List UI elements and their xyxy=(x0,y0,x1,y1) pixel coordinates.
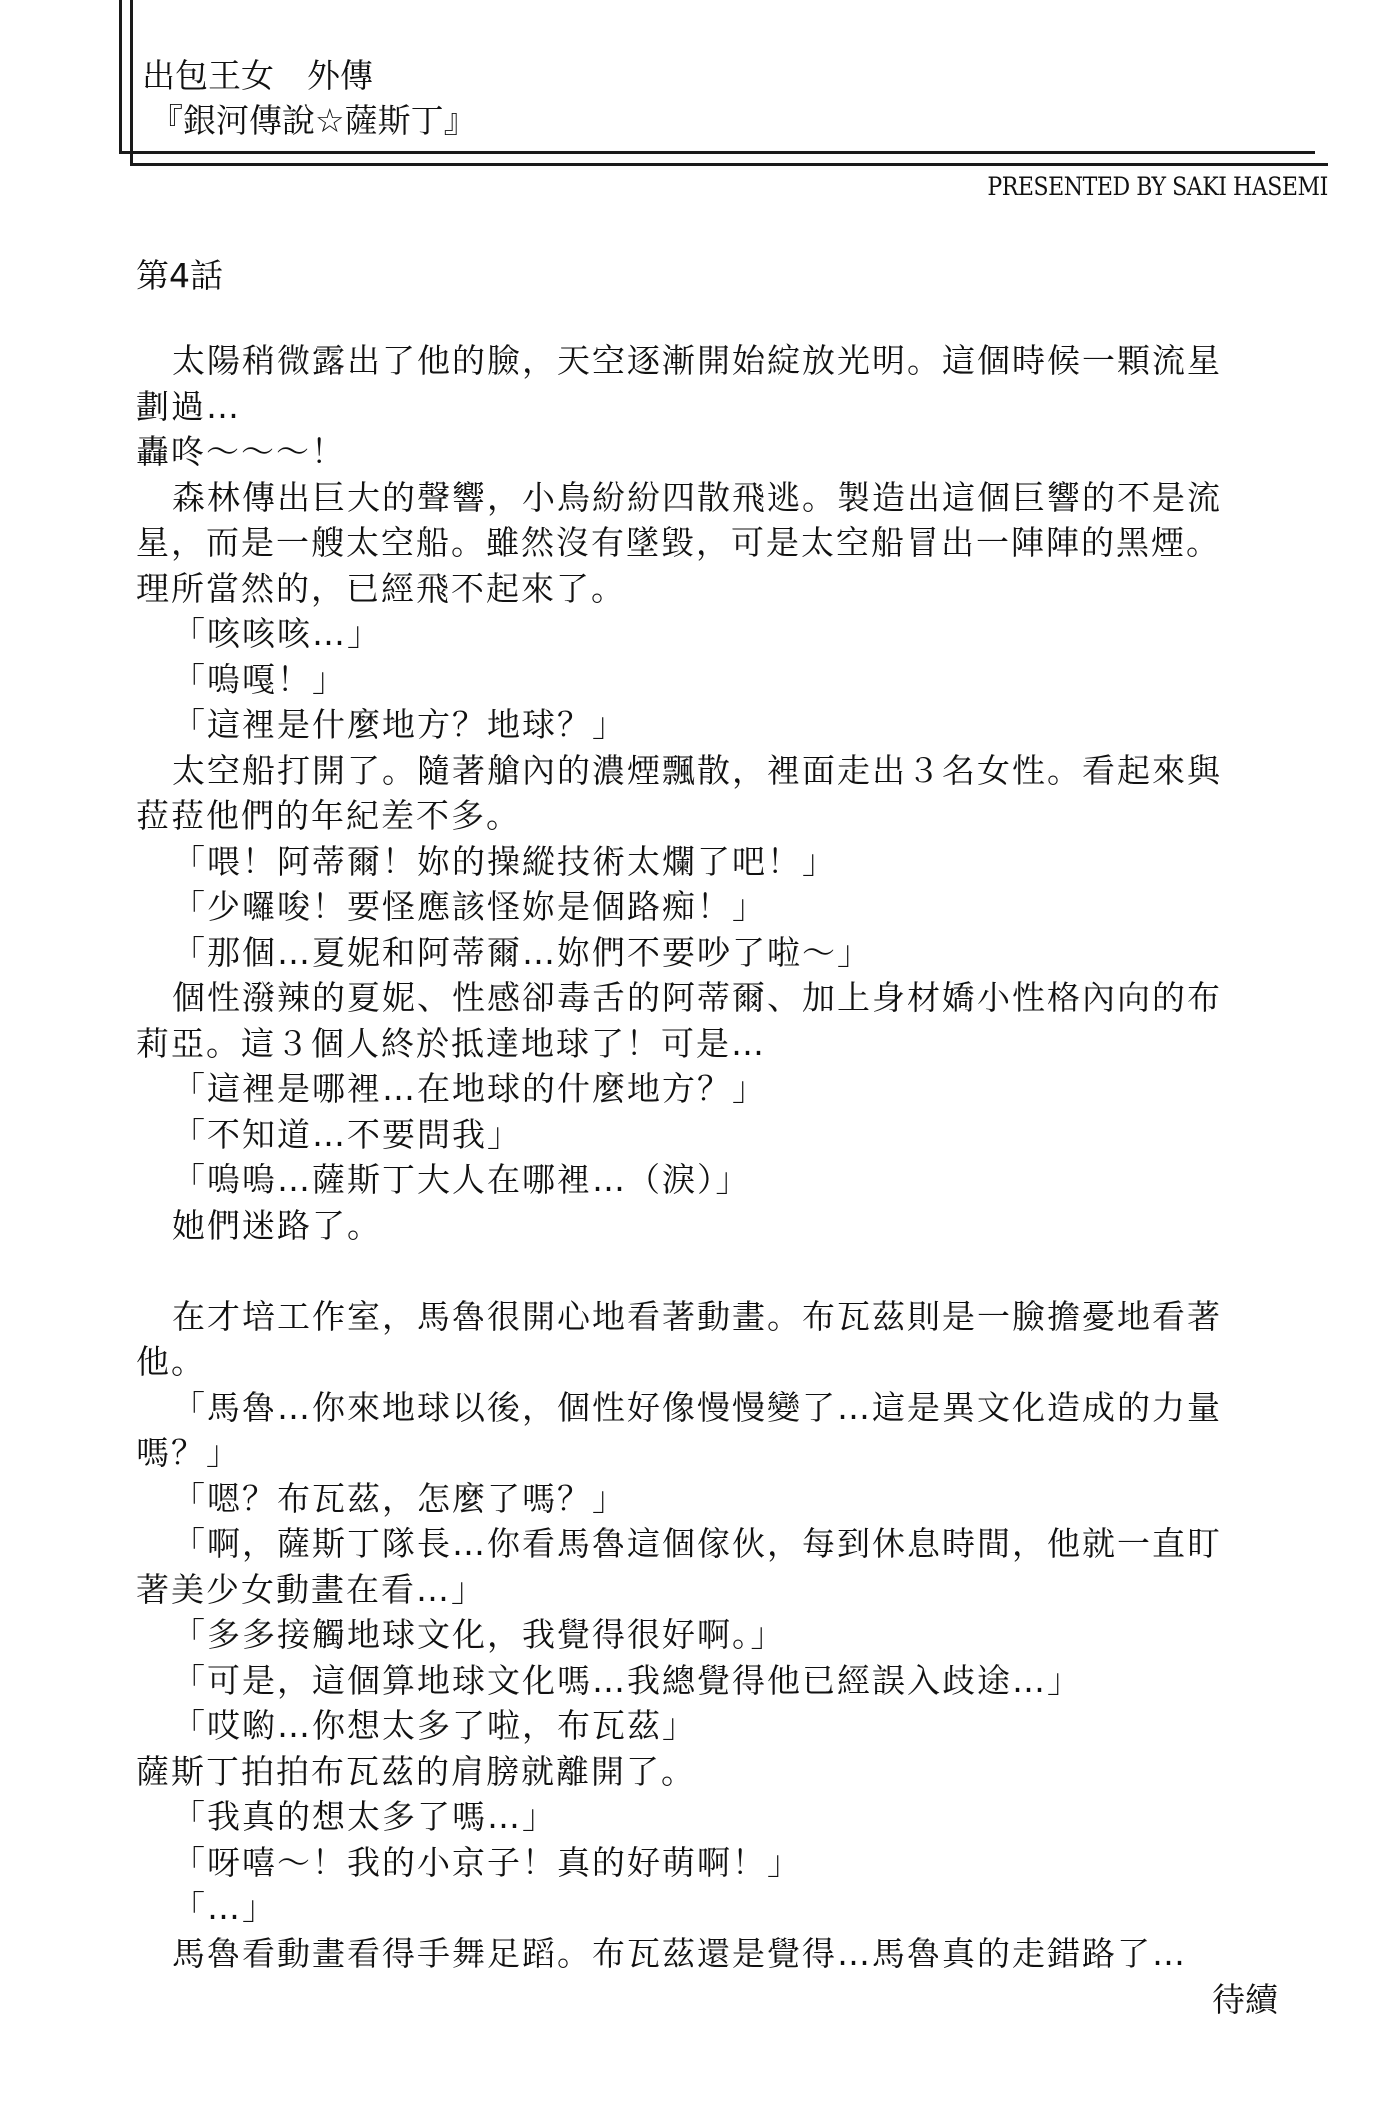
series-title: 出包王女 外傳 xyxy=(142,55,373,97)
text-line: 嗎？」 xyxy=(136,1430,1296,1476)
text-line: 薩斯丁拍拍布瓦茲的肩膀就離開了。 xyxy=(136,1749,1296,1795)
text-line: 「這裡是什麼地方？地球？」 xyxy=(136,702,1296,748)
text-line: 莉亞。這３個人終於抵達地球了！可是… xyxy=(136,1021,1296,1067)
text-line: 「我真的想太多了嗎…」 xyxy=(136,1794,1296,1840)
author-credit: PRESENTED BY SAKI HASEMI xyxy=(988,172,1328,201)
text-line: 劃過… xyxy=(136,384,1296,430)
text-line: 他。 xyxy=(136,1339,1296,1385)
text-line: 「哎喲…你想太多了啦，布瓦茲」 xyxy=(136,1703,1296,1749)
text-line: 「馬魯…你來地球以後，個性好像慢慢變了…這是異文化造成的力量 xyxy=(136,1385,1296,1431)
text-line: 「嗚嗚…薩斯丁大人在哪裡…（淚）」 xyxy=(136,1157,1296,1203)
text-line: 「不知道…不要問我」 xyxy=(136,1112,1296,1158)
text-line: 「多多接觸地球文化，我覺得很好啊。」 xyxy=(136,1612,1296,1658)
text-line: 在才培工作室，馬魯很開心地看著動畫。布瓦茲則是一臉擔憂地看著 xyxy=(136,1294,1296,1340)
text-line: 「咳咳咳…」 xyxy=(136,611,1296,657)
text-line: 「嗯？布瓦茲，怎麼了嗎？」 xyxy=(136,1476,1296,1522)
text-line: 「呀嘻～！我的小京子！真的好萌啊！」 xyxy=(136,1840,1296,1886)
text-line: 「可是，這個算地球文化嗎…我總覺得他已經誤入歧途…」 xyxy=(136,1658,1296,1704)
text-line: 森林傳出巨大的聲響，小鳥紛紛四散飛逃。製造出這個巨響的不是流 xyxy=(136,475,1296,521)
text-line: 著美少女動畫在看…」 xyxy=(136,1567,1296,1613)
text-line: 馬魯看動畫看得手舞足蹈。布瓦茲還是覺得…馬魯真的走錯路了… xyxy=(136,1931,1296,1977)
text-line: 太陽稍微露出了他的臉，天空逐漸開始綻放光明。這個時候一顆流星 xyxy=(136,338,1296,384)
paragraph-break xyxy=(136,1248,1296,1294)
text-line: 菈菈他們的年紀差不多。 xyxy=(136,793,1296,839)
text-line: 「…」 xyxy=(136,1885,1296,1931)
text-line: 「喂！阿蒂爾！妳的操縱技術太爛了吧！」 xyxy=(136,839,1296,885)
text-line: 個性潑辣的夏妮、性感卻毒舌的阿蒂爾、加上身材嬌小性格內向的布 xyxy=(136,975,1296,1021)
text-line: 太空船打開了。隨著艙內的濃煙飄散，裡面走出３名女性。看起來與 xyxy=(136,748,1296,794)
text-line: 「這裡是哪裡…在地球的什麼地方？」 xyxy=(136,1066,1296,1112)
text-line: 星，而是一艘太空船。雖然沒有墜毀，可是太空船冒出一陣陣的黑煙。 xyxy=(136,520,1296,566)
text-line: 「嗚嘎！」 xyxy=(136,657,1296,703)
text-line: 轟咚～～～！ xyxy=(136,429,1296,475)
text-line: 「少囉唆！要怪應該怪妳是個路痴！」 xyxy=(136,884,1296,930)
text-line: 理所當然的，已經飛不起來了。 xyxy=(136,566,1296,612)
text-line: 她們迷路了。 xyxy=(136,1203,1296,1249)
text-line: 「啊，薩斯丁隊長…你看馬魯這個傢伙，每到休息時間，他就一直盯 xyxy=(136,1521,1296,1567)
story-body: 太陽稍微露出了他的臉，天空逐漸開始綻放光明。這個時候一顆流星劃過…轟咚～～～！森… xyxy=(136,338,1296,1976)
to-be-continued: 待續 xyxy=(1212,1974,1278,2021)
story-title: 『銀河傳說☆薩斯丁』 xyxy=(150,100,477,142)
text-line: 「那個…夏妮和阿蒂爾…妳們不要吵了啦～」 xyxy=(136,930,1296,976)
chapter-heading: 第4話 xyxy=(136,250,223,297)
